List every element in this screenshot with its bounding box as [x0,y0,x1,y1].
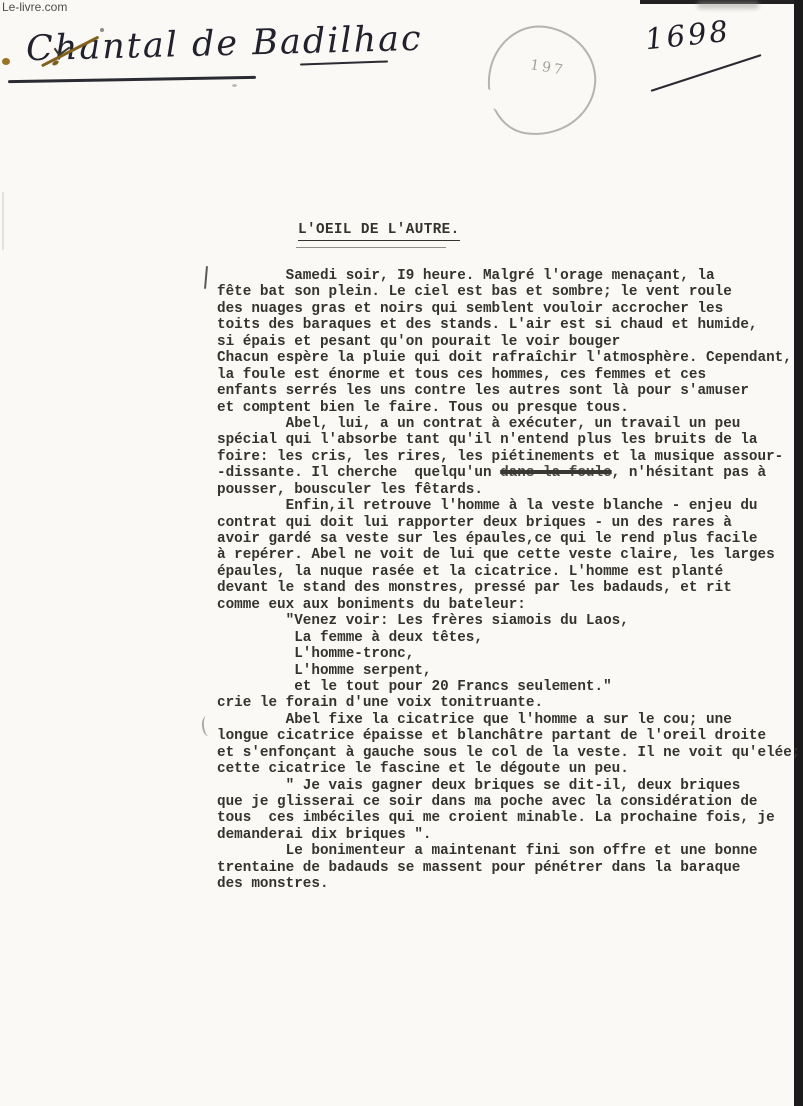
text-line: La femme à deux têtes, [217,630,803,646]
text-line: pousser, bousculer les fêtards. [217,482,803,498]
text-line: et s'enfonçant à gauche sous le col de l… [217,745,803,761]
struck-out-text: dans la foule [500,465,612,481]
scan-smudge [697,1,759,9]
text-line: des monstres. [217,876,803,892]
text-line: L'homme serpent, [217,663,803,679]
text-line: Le bonimenteur a maintenant fini son off… [217,843,803,859]
text-line: avoir gardé sa veste sur les épaules,ce … [217,531,803,547]
text-line: L'homme-tronc, [217,646,803,662]
text-line: -dissante. Il cherche quelqu'un dans la … [217,465,803,481]
text-line: "Venez voir: Les frères siamois du Laos, [217,613,803,629]
text-line: Samedi soir, I9 heure. Malgré l'orage me… [217,268,803,284]
document-title: L'OEIL DE L'AUTRE. [298,222,460,241]
text-line: " Je vais gagner deux briques se dit-il,… [217,778,803,794]
text-line: devant le stand des monstres, pressé par… [217,580,803,596]
page-number-slash [651,54,762,92]
text-line: Enfin,il retrouve l'homme à la veste bla… [217,498,803,514]
watermark-text: Le-livre.com [2,0,67,14]
text-line: contrat qui doit lui rapporter deux briq… [217,515,803,531]
text-line: fête bat son plein. Le ciel est bas et s… [217,284,803,300]
text-line: enfants serrés les uns contre les autres… [217,383,803,399]
text-line: trentaine de badauds se massent pour pén… [217,860,803,876]
text-line: Chacun espère la pluie qui doit rafraîch… [217,350,803,366]
text-line: demanderai dix briques ". [217,827,803,843]
text-line: cette cicatrice le fascine et le dégoute… [217,761,803,777]
text-line: toits des baraques et des stands. L'air … [217,317,803,333]
document-body: Samedi soir, I9 heure. Malgré l'orage me… [217,268,803,893]
text-line: Abel fixe la cicatrice que l'homme a sur… [217,712,803,728]
text-line: épaules, la nuque rasée et la cicatrice.… [217,564,803,580]
title-second-underline [296,247,446,248]
signature-underline [8,76,256,83]
text-line: que je glisserai ce soir dans ma poche a… [217,794,803,810]
text-line: tous ces imbéciles qui me croient minabl… [217,810,803,826]
text-line: des nuages gras et noirs qui semblent vo… [217,301,803,317]
handwritten-page-number: 1698 [643,14,732,57]
text-line: foire: les cris, les rires, les piétinem… [217,449,803,465]
text-line: comme eux aux boniments du bateleur: [217,597,803,613]
text-line: Abel, lui, a un contrat à exécuter, un t… [217,416,803,432]
text-line: si épais et pesant qu'on pourait le voir… [217,334,803,350]
text-line: la foule est énorme et tous ces hommes, … [217,367,803,383]
ink-speck [232,84,237,87]
text-line: longue cicatrice épaisse et blanchâtre p… [217,728,803,744]
text-line: spécial qui l'absorbe tant qu'il n'enten… [217,432,803,448]
ink-speck [100,28,104,32]
text-line: et comptent bien le faire. Tous ou presq… [217,400,803,416]
text-line: crie le forain d'une voix tonitruante. [217,695,803,711]
margin-pen-tick [204,266,208,289]
stamp-circle [481,19,603,143]
scan-crease [2,192,4,250]
scanned-document-page: Le-livre.com Chantal de Badilhac 197 169… [0,0,803,1106]
text-line: et le tout pour 20 Francs seulement." [217,679,803,695]
ink-dot [2,58,10,65]
margin-pen-mark [201,715,214,736]
text-line: à repérer. Abel ne voit de lui que cette… [217,547,803,563]
